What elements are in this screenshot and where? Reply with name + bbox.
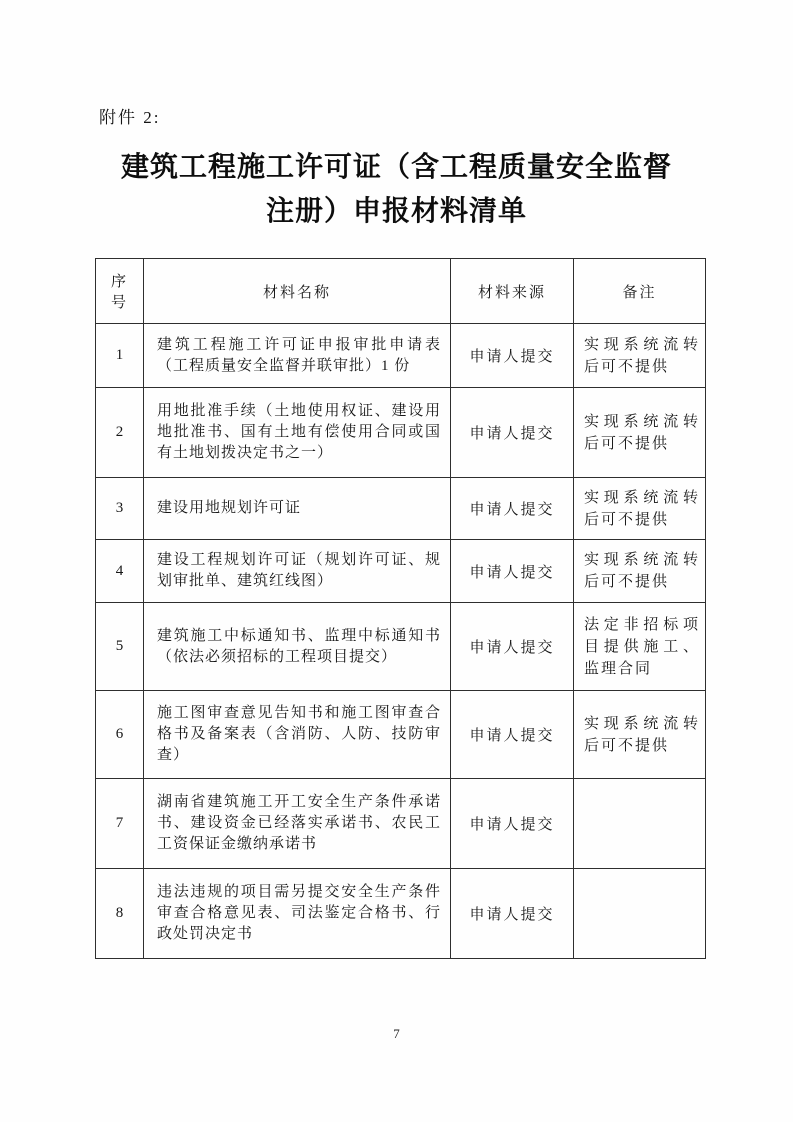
row-no: 1	[96, 324, 144, 388]
table-row: 2 用地批准手续（土地使用权证、建设用地批准书、国有土地有偿使用合同或国有土地划…	[96, 388, 706, 478]
row-material-name: 用地批准手续（土地使用权证、建设用地批准书、国有土地有偿使用合同或国有土地划拨决…	[144, 388, 451, 478]
materials-table: 序号 材料名称 材料来源 备注 1 建筑工程施工许可证申报审批申请表（工程质量安…	[95, 258, 706, 959]
row-material-name: 建设工程规划许可证（规划许可证、规划审批单、建筑红线图）	[144, 540, 451, 603]
header-no: 序号	[96, 259, 144, 324]
row-material-source: 申请人提交	[451, 869, 574, 959]
header-source: 材料来源	[451, 259, 574, 324]
table-row: 1 建筑工程施工许可证申报审批申请表（工程质量安全监督并联审批）1 份 申请人提…	[96, 324, 706, 388]
row-material-name: 建筑工程施工许可证申报审批申请表（工程质量安全监督并联审批）1 份	[144, 324, 451, 388]
row-material-name: 施工图审查意见告知书和施工图审查合格书及备案表（含消防、人防、技防审查）	[144, 691, 451, 779]
row-note	[574, 869, 706, 959]
row-material-name: 违法违规的项目需另提交安全生产条件审查合格意见表、司法鉴定合格书、行政处罚决定书	[144, 869, 451, 959]
row-no: 8	[96, 869, 144, 959]
table-row: 6 施工图审查意见告知书和施工图审查合格书及备案表（含消防、人防、技防审查） 申…	[96, 691, 706, 779]
row-no: 4	[96, 540, 144, 603]
row-no: 7	[96, 779, 144, 869]
row-material-name: 建筑施工中标通知书、监理中标通知书（依法必须招标的工程项目提交）	[144, 603, 451, 691]
row-no: 3	[96, 478, 144, 540]
row-note	[574, 779, 706, 869]
table-row: 5 建筑施工中标通知书、监理中标通知书（依法必须招标的工程项目提交） 申请人提交…	[96, 603, 706, 691]
page-number: 7	[0, 1026, 793, 1042]
scanned-document-page: 附件 2: 建筑工程施工许可证（含工程质量安全监督 注册）申报材料清单 序号 材…	[0, 0, 793, 1122]
table-row: 3 建设用地规划许可证 申请人提交 实现系统流转后可不提供	[96, 478, 706, 540]
row-material-source: 申请人提交	[451, 603, 574, 691]
table-row: 8 违法违规的项目需另提交安全生产条件审查合格意见表、司法鉴定合格书、行政处罚决…	[96, 869, 706, 959]
table-body: 1 建筑工程施工许可证申报审批申请表（工程质量安全监督并联审批）1 份 申请人提…	[96, 324, 706, 959]
row-material-source: 申请人提交	[451, 478, 574, 540]
row-note: 法定非招标项目提供施工、监理合同	[574, 603, 706, 691]
row-no: 2	[96, 388, 144, 478]
header-name: 材料名称	[144, 259, 451, 324]
table-header-row: 序号 材料名称 材料来源 备注	[96, 259, 706, 324]
attachment-label: 附件 2:	[99, 103, 160, 128]
row-material-source: 申请人提交	[451, 691, 574, 779]
table-header: 序号 材料名称 材料来源 备注	[96, 259, 706, 324]
table-row: 7 湖南省建筑施工开工安全生产条件承诺书、建设资金已经落实承诺书、农民工工资保证…	[96, 779, 706, 869]
row-note: 实现系统流转后可不提供	[574, 478, 706, 540]
row-material-source: 申请人提交	[451, 779, 574, 869]
row-note: 实现系统流转后可不提供	[574, 540, 706, 603]
row-note: 实现系统流转后可不提供	[574, 388, 706, 478]
header-note: 备注	[574, 259, 706, 324]
row-no: 5	[96, 603, 144, 691]
row-note: 实现系统流转后可不提供	[574, 691, 706, 779]
row-material-name: 建设用地规划许可证	[144, 478, 451, 540]
row-no: 6	[96, 691, 144, 779]
row-material-name: 湖南省建筑施工开工安全生产条件承诺书、建设资金已经落实承诺书、农民工工资保证金缴…	[144, 779, 451, 869]
table-row: 4 建设工程规划许可证（规划许可证、规划审批单、建筑红线图） 申请人提交 实现系…	[96, 540, 706, 603]
row-material-source: 申请人提交	[451, 540, 574, 603]
document-title: 建筑工程施工许可证（含工程质量安全监督 注册）申报材料清单	[0, 146, 793, 234]
row-material-source: 申请人提交	[451, 388, 574, 478]
document-title-line1: 建筑工程施工许可证（含工程质量安全监督	[0, 146, 793, 190]
row-material-source: 申请人提交	[451, 324, 574, 388]
row-note: 实现系统流转后可不提供	[574, 324, 706, 388]
document-title-line2: 注册）申报材料清单	[0, 190, 793, 234]
